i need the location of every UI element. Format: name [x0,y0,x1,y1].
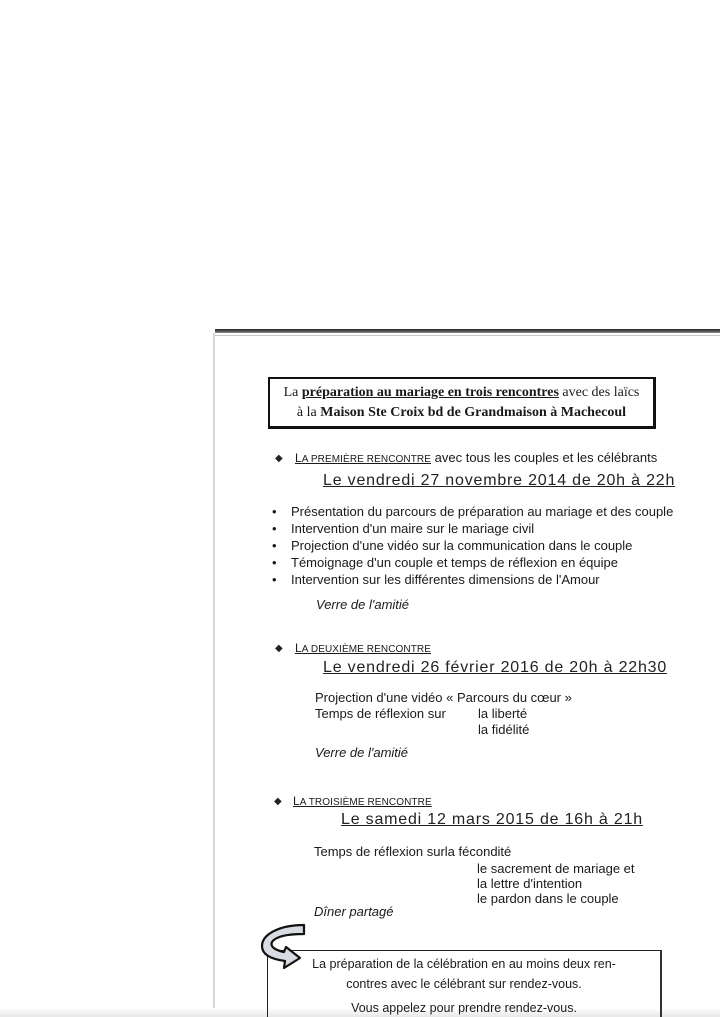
list-item-text: Témoignage d'un couple et temps de réfle… [291,555,618,570]
meeting1-label-rest: A PREMIÈRE RENCONTRE [302,454,431,465]
top-rule-secondary [215,335,720,336]
dot-bullet-icon: • [272,555,291,570]
dot-bullet-icon: • [272,538,291,553]
note-line-2: contres avec le célébrant sur rendez-vou… [268,974,660,994]
meeting2-label-cap: L [295,641,302,655]
meeting3-label-rest: A TROISIÈME RENCONTRE [300,797,432,808]
page-left-edge [213,333,215,1017]
meeting3-date: Le samedi 12 mars 2015 de 16h à 21h [341,811,643,829]
list-item: •Présentation du parcours de préparation… [272,504,673,519]
diamond-bullet-icon: ◆ [275,453,283,464]
title-line-1: La préparation au mariage en trois renco… [270,383,653,403]
meeting2-label-rest: A DEUXIÈME RENCONTRE [302,644,431,655]
meeting2-date: Le vendredi 26 février 2016 de 20h à 22h… [323,659,667,677]
meeting3-topic: le sacrement de mariage et [477,861,635,876]
meeting2-projection: Projection d'une vidéo « Parcours du cœu… [315,690,572,705]
list-item-text: Projection d'une vidéo sur la communicat… [291,538,632,553]
meeting3-reflection-label: Temps de réflexion surla fécondité [314,844,511,859]
meeting3-heading: LA TROISIÈME RENCONTRE [293,793,432,808]
title-line-2: à la Maison Ste Croix bd de Grandmaison … [270,403,653,423]
meeting2-topic: la fidélité [478,722,529,737]
appointment-note-box: La préparation de la célébration en au m… [267,950,662,1017]
meeting1-heading: LA PREMIÈRE RENCONTRE avec tous les coup… [295,450,657,465]
list-item: •Intervention sur les différentes dimens… [272,572,600,587]
meeting2-heading: LA DEUXIÈME RENCONTRE [295,640,431,655]
note-line-3: Vous appelez pour prendre rendez-vous. [268,998,660,1017]
meeting3-topic: le pardon dans le couple [477,891,619,906]
diamond-bullet-icon: ◆ [275,643,283,654]
top-rule [215,329,720,333]
list-item-text: Intervention sur les différentes dimensi… [291,572,600,587]
diamond-bullet-icon: ◆ [274,796,282,807]
meeting2-reflection-label: Temps de réflexion sur [315,706,446,721]
list-item-text: Intervention d'un maire sur le mariage c… [291,521,534,536]
meeting3-closing: Dîner partagé [314,904,394,919]
list-item: •Projection d'une vidéo sur la communica… [272,538,632,553]
title-suffix: avec des laïcs [559,385,639,400]
location-prefix: à la [297,405,320,420]
curved-arrow-icon [258,922,318,974]
meeting1-closing: Verre de l'amitié [316,597,409,612]
title-underlined: préparation au mariage en trois rencontr… [302,385,559,400]
list-item-text: Présentation du parcours de préparation … [291,504,673,519]
dot-bullet-icon: • [272,504,291,519]
note-line-1: La préparation de la célébration en au m… [268,954,660,974]
meeting1-date: Le vendredi 27 novembre 2014 de 20h à 22… [323,472,675,490]
location: Maison Ste Croix bd de Grandmaison à Mac… [320,405,626,420]
meeting1-label-cap: L [295,451,302,465]
meeting2-topic: la liberté [478,706,527,721]
meeting3-label-cap: L [293,794,300,808]
meeting2-label: LA DEUXIÈME RENCONTRE [295,644,431,655]
dot-bullet-icon: • [272,572,291,587]
dot-bullet-icon: • [272,521,291,536]
meeting3-topic: la lettre d'intention [477,876,582,891]
meeting1-label-suffix: avec tous les couples et les célébrants [431,450,657,465]
list-item: •Intervention d'un maire sur le mariage … [272,521,534,536]
list-item: •Témoignage d'un couple et temps de réfl… [272,555,618,570]
title-box: La préparation au mariage en trois renco… [268,377,656,429]
meeting3-label: LA TROISIÈME RENCONTRE [293,797,432,808]
title-prefix: La [284,385,302,400]
meeting2-closing: Verre de l'amitié [315,745,408,760]
meeting1-label: LA PREMIÈRE RENCONTRE [295,454,431,465]
